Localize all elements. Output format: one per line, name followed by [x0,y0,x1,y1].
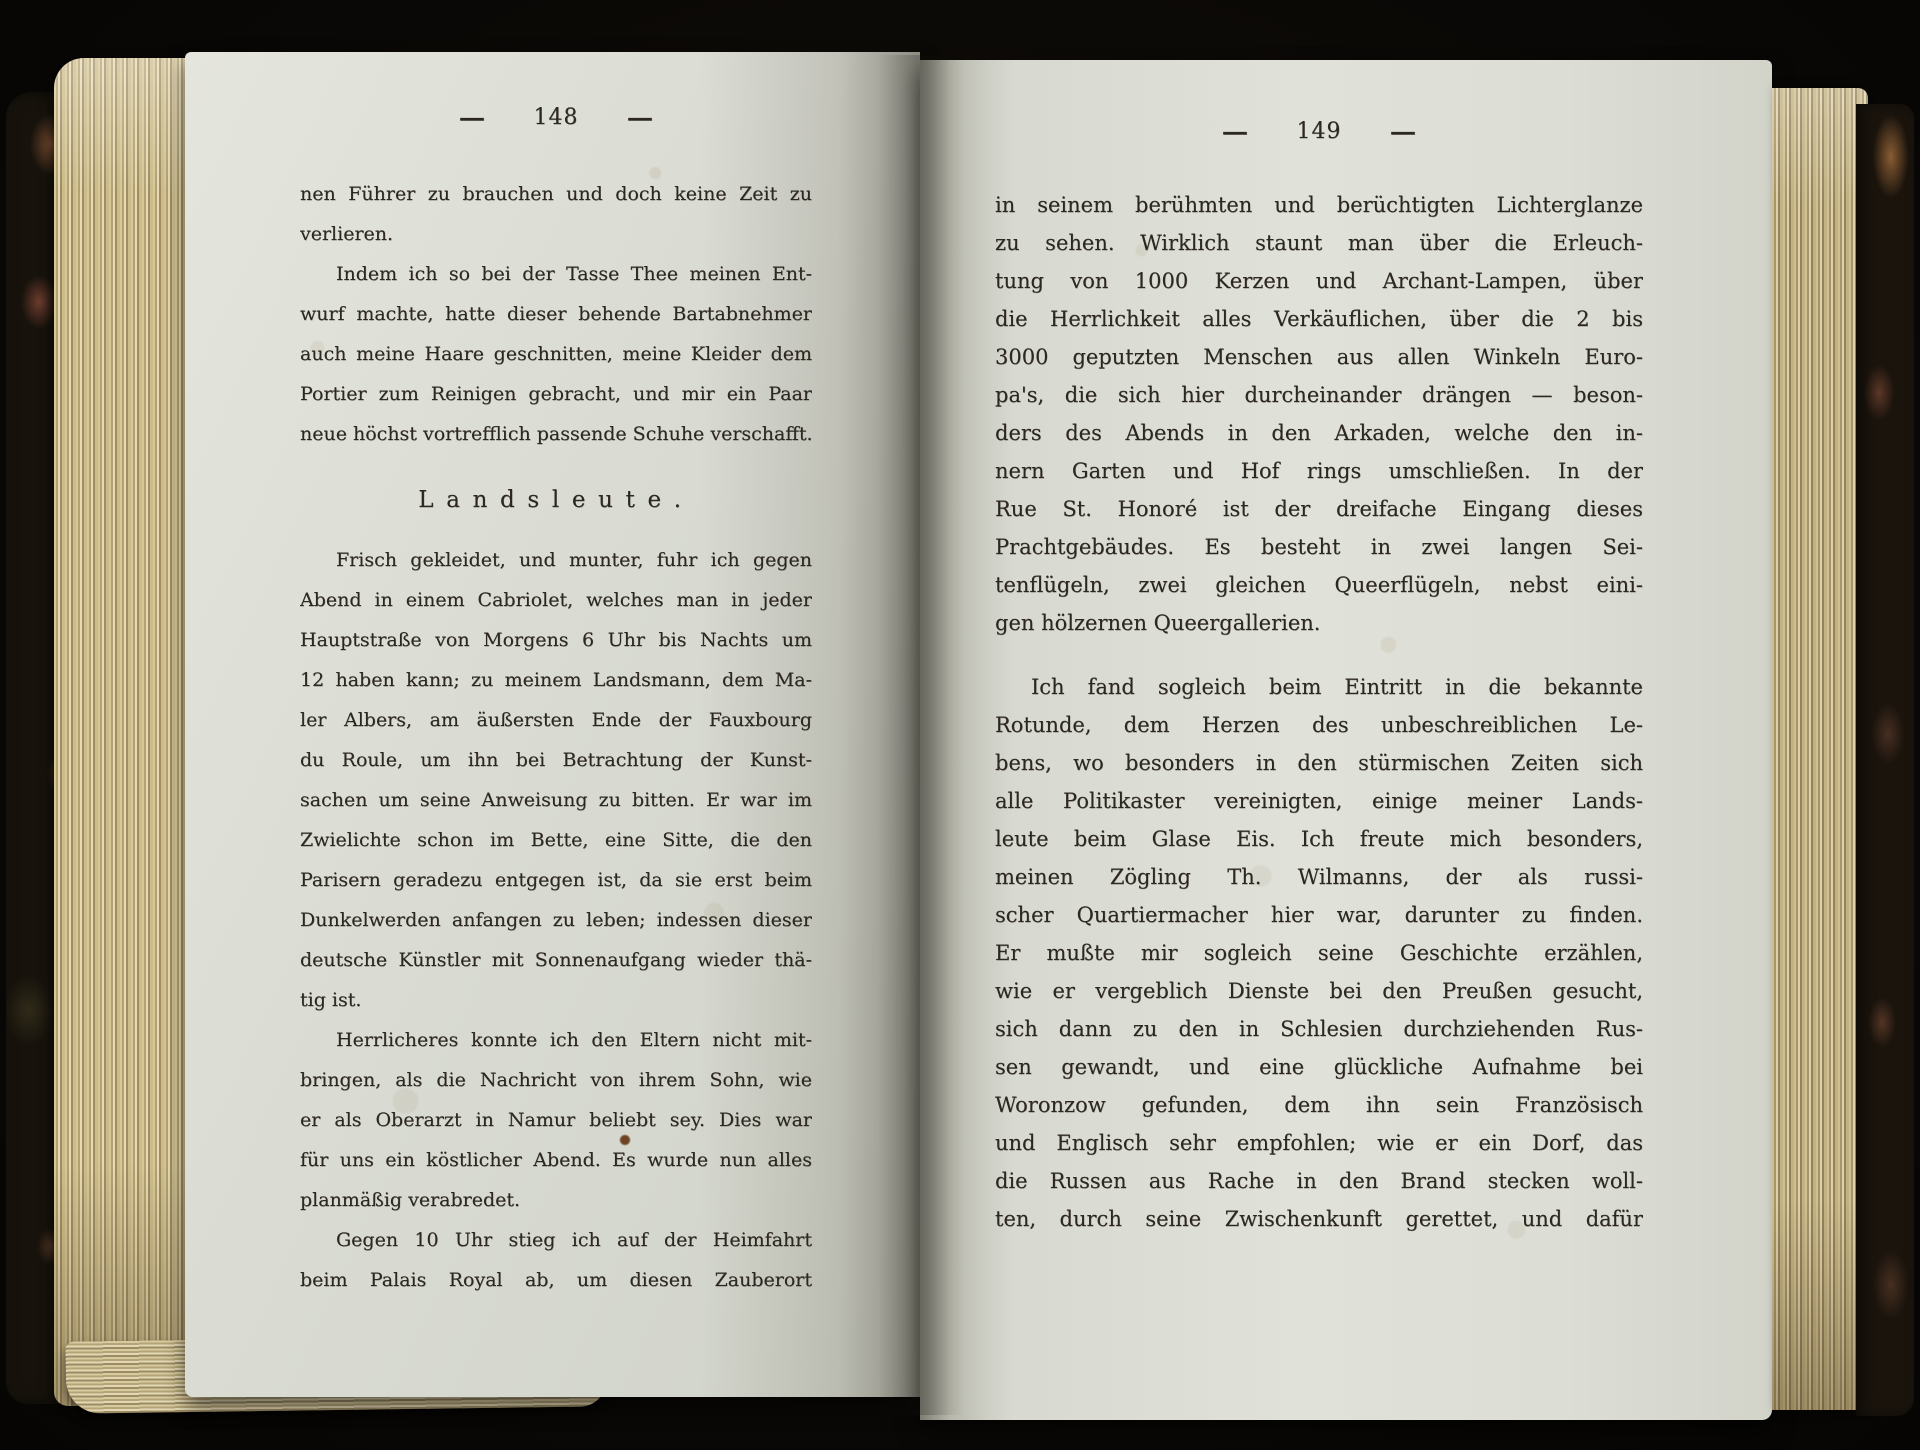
left-page-header: — 148 — [300,98,812,138]
header-dash-right: — [626,98,654,138]
right-marbled-cover [1856,104,1914,1416]
text-line: planmäßig verabredet. [300,1180,812,1220]
right-paragraph2-block: Ich fand sogleich beim Eintritt in die b… [995,668,1643,1238]
right-page-edges [1772,88,1868,1410]
text-line: alle Politikaster vereinigten, einige me… [995,782,1643,820]
text-line: wurf machte, hatte dieser behende Bartab… [300,294,812,334]
text-line: Rotunde, dem Herzen des unbeschreibliche… [995,706,1643,744]
text-line: meinen Zögling Th. Wilmanns, der als rus… [995,858,1643,896]
text-line: ten, durch seine Zwischenkunft gerettet,… [995,1200,1643,1238]
left-page-edges [54,58,198,1406]
right-page-header: — 149 — [995,112,1643,152]
text-line: die Russen aus Rache in den Brand stecke… [995,1162,1643,1200]
text-line: 3000 geputzten Menschen aus allen Winkel… [995,338,1643,376]
text-line: gen hölzernen Queergallerien. [995,604,1643,642]
left-paragraph-block: nen Führer zu brauchen und doch keine Ze… [300,174,812,454]
text-line: nern Garten und Hof rings umschließen. I… [995,452,1643,490]
text-line: sachen um seine Anweisung zu bitten. Er … [300,780,812,820]
right-page-number: 149 [1297,112,1342,152]
text-line: für uns ein köstlicher Abend. Es wurde n… [300,1140,812,1180]
section-heading-landsleute: Landsleute. [300,480,812,520]
text-line: Dunkelwerden anfangen zu leben; indessen… [300,900,812,940]
text-line: Zwielichte schon im Bette, eine Sitte, d… [300,820,812,860]
text-line: scher Quartiermacher hier war, darunter … [995,896,1643,934]
text-line: du Roule, um ihn bei Betrachtung der Kun… [300,740,812,780]
right-paragraph1-block: in seinem berühmten und berüchtigten Lic… [995,186,1643,642]
text-line: auch meine Haare geschnitten, meine Klei… [300,334,812,374]
text-line: bringen, als die Nachricht von ihrem Soh… [300,1060,812,1100]
header-dash-left: — [1221,112,1249,152]
text-line: sen gewandt, und eine glückliche Aufnahm… [995,1048,1643,1086]
text-line: sich dann zu den in Schlesien durchziehe… [995,1010,1643,1048]
book-photo: — 148 — nen Führer zu brauchen und doch … [0,0,1920,1450]
text-line: verlieren. [300,214,812,254]
text-line: er als Oberarzt in Namur beliebt sey. Di… [300,1100,812,1140]
text-line: in seinem berühmten und berüchtigten Lic… [995,186,1643,224]
text-line: Ich fand sogleich beim Eintritt in die b… [995,668,1643,706]
text-line: Indem ich so bei der Tasse Thee meinen E… [300,254,812,294]
text-line: beim Palais Royal ab, um diesen Zauberor… [300,1260,812,1300]
text-line: Gegen 10 Uhr stieg ich auf der Heimfahrt [300,1220,812,1260]
text-line: bens, wo besonders in den stürmischen Ze… [995,744,1643,782]
text-line: Rue St. Honoré ist der dreifache Eingang… [995,490,1643,528]
left-page-text: — 148 — nen Führer zu brauchen und doch … [300,98,812,1300]
text-line: wie er vergeblich Dienste bei den Preuße… [995,972,1643,1010]
text-line: zu sehen. Wirklich staunt man über die E… [995,224,1643,262]
text-line: neue höchst vortrefflich passende Schuhe… [300,414,812,454]
text-line: Portier zum Reinigen gebracht, und mir e… [300,374,812,414]
text-line: die Herrlichkeit alles Verkäuflichen, üb… [995,300,1643,338]
text-line: Er mußte mir sogleich seine Geschichte e… [995,934,1643,972]
text-line: tig ist. [300,980,812,1020]
text-line: 12 haben kann; zu meinem Landsmann, dem … [300,660,812,700]
text-line: tenflügeln, zwei gleichen Queerflügeln, … [995,566,1643,604]
text-line: deutsche Künstler mit Sonnenaufgang wied… [300,940,812,980]
header-dash-left: — [458,98,486,138]
header-dash-right: — [1389,112,1417,152]
left-page-number: 148 [534,98,579,138]
text-line: und Englisch sehr empfohlen; wie er ein … [995,1124,1643,1162]
text-line: pa's, die sich hier durcheinander dränge… [995,376,1643,414]
text-line: ders des Abends in den Arkaden, welche d… [995,414,1643,452]
text-line: tung von 1000 Kerzen und Archant-Lampen,… [995,262,1643,300]
text-line: Parisern geradezu entgegen ist, da sie e… [300,860,812,900]
text-line: ler Albers, am äußersten Ende der Fauxbo… [300,700,812,740]
right-page-text: — 149 — in seinem berühmten und berüchti… [995,112,1643,1238]
text-line: Woronzow gefunden, dem ihn sein Französi… [995,1086,1643,1124]
text-line: Hauptstraße von Morgens 6 Uhr bis Nachts… [300,620,812,660]
text-line: Prachtgebäudes. Es besteht in zwei lange… [995,528,1643,566]
text-line: Abend in einem Cabriolet, welches man in… [300,580,812,620]
text-line: leute beim Glase Eis. Ich freute mich be… [995,820,1643,858]
text-line: Herrlicheres konnte ich den Eltern nicht… [300,1020,812,1060]
left-body-block: Frisch gekleidet, und munter, fuhr ich g… [300,540,812,1300]
text-line: nen Führer zu brauchen und doch keine Ze… [300,174,812,214]
text-line: Frisch gekleidet, und munter, fuhr ich g… [300,540,812,580]
